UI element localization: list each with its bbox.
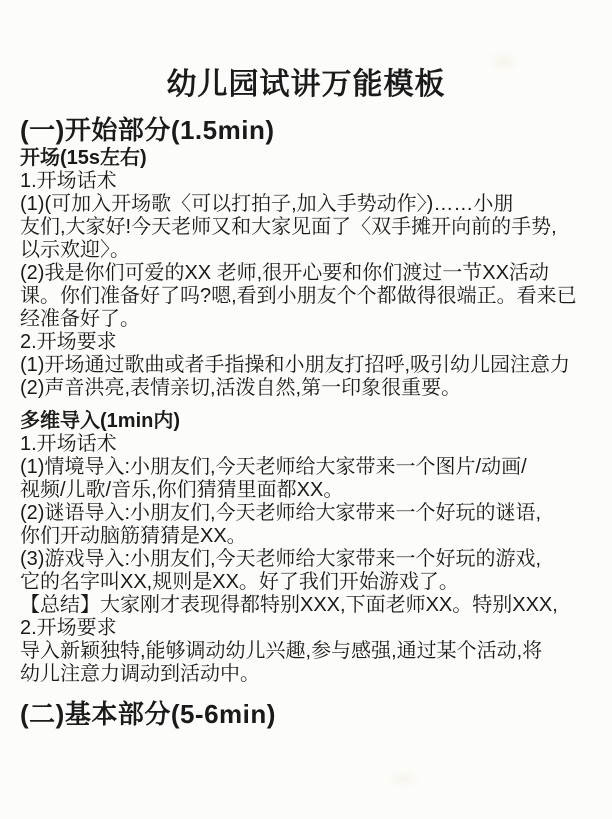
document-page: 幼儿园试讲万能模板 (一)开始部分(1.5min)开场(15s左右)1.开场话术…: [0, 0, 612, 819]
text-line: 2.开场要求: [20, 331, 592, 354]
text-line: 以示欢迎〉。: [20, 239, 592, 262]
text-line: 视频/儿歌/音乐,你们猜猜里面都XX。: [20, 479, 592, 502]
text-line: (2)声音洪亮,表情亲切,活泼自然,第一印象很重要。: [20, 377, 592, 400]
text-line: (1)情境导入:小朋友们,今天老师给大家带来一个图片/动画/: [20, 456, 592, 479]
text-line: 它的名字叫XX,规则是XX。好了我们开始游戏了。: [20, 571, 592, 594]
text-line: (2)谜语导入:小朋友们,今天老师给大家带来一个好玩的谜语,: [20, 502, 592, 525]
paper-smudge: [390, 775, 416, 783]
text-line: 【总结】大家刚才表现得都特别XXX,下面老师XX。特别XXX,: [20, 594, 592, 617]
text-line: 1.开场话术: [20, 170, 592, 193]
document-section: (一)开始部分(1.5min)开场(15s左右)1.开场话术(1)(可加入开场歌…: [20, 114, 592, 686]
section-heading: (二)基本部分(5-6min): [20, 698, 592, 731]
text-line: 幼儿注意力调动到活动中。: [20, 663, 592, 686]
section-heading: (一)开始部分(1.5min): [20, 114, 592, 147]
text-line: 友们,大家好!今天老师又和大家见面了〈双手摊开向前的手势,: [20, 216, 592, 239]
text-line: 经准备好了。: [20, 308, 592, 331]
text-line: 2.开场要求: [20, 617, 592, 640]
document-section: (二)基本部分(5-6min): [20, 698, 592, 731]
text-line: 导入新颖独特,能够调动幼儿兴趣,参与感强,通过某个活动,将: [20, 640, 592, 663]
text-line: (3)游戏导入:小朋友们,今天老师给大家带来一个好玩的游戏,: [20, 548, 592, 571]
content-group: 开场(15s左右)1.开场话术(1)(可加入开场歌〈可以打拍子,加入手势动作〉)…: [20, 147, 592, 400]
text-line: (1)(可加入开场歌〈可以打拍子,加入手势动作〉)……小朋: [20, 193, 592, 216]
text-line: 你们开动脑筋猜猜是XX。: [20, 525, 592, 548]
text-line: 课。你们准备好了吗?嗯,看到小朋友个个都做得很端正。看来已: [20, 285, 592, 308]
text-line: 1.开场话术: [20, 433, 592, 456]
group-subheading: 多维导入(1min内): [20, 410, 592, 433]
text-line: (1)开场通过歌曲或者手指操和小朋友打招呼,吸引幼儿园注意力: [20, 354, 592, 377]
content-group: 多维导入(1min内)1.开场话术(1)情境导入:小朋友们,今天老师给大家带来一…: [20, 410, 592, 686]
group-subheading: 开场(15s左右): [20, 147, 592, 170]
page-title: 幼儿园试讲万能模板: [20, 66, 592, 104]
document-body: (一)开始部分(1.5min)开场(15s左右)1.开场话术(1)(可加入开场歌…: [20, 114, 592, 731]
text-line: (2)我是你们可爱的XX 老师,很开心要和你们渡过一节XX活动: [20, 262, 592, 285]
